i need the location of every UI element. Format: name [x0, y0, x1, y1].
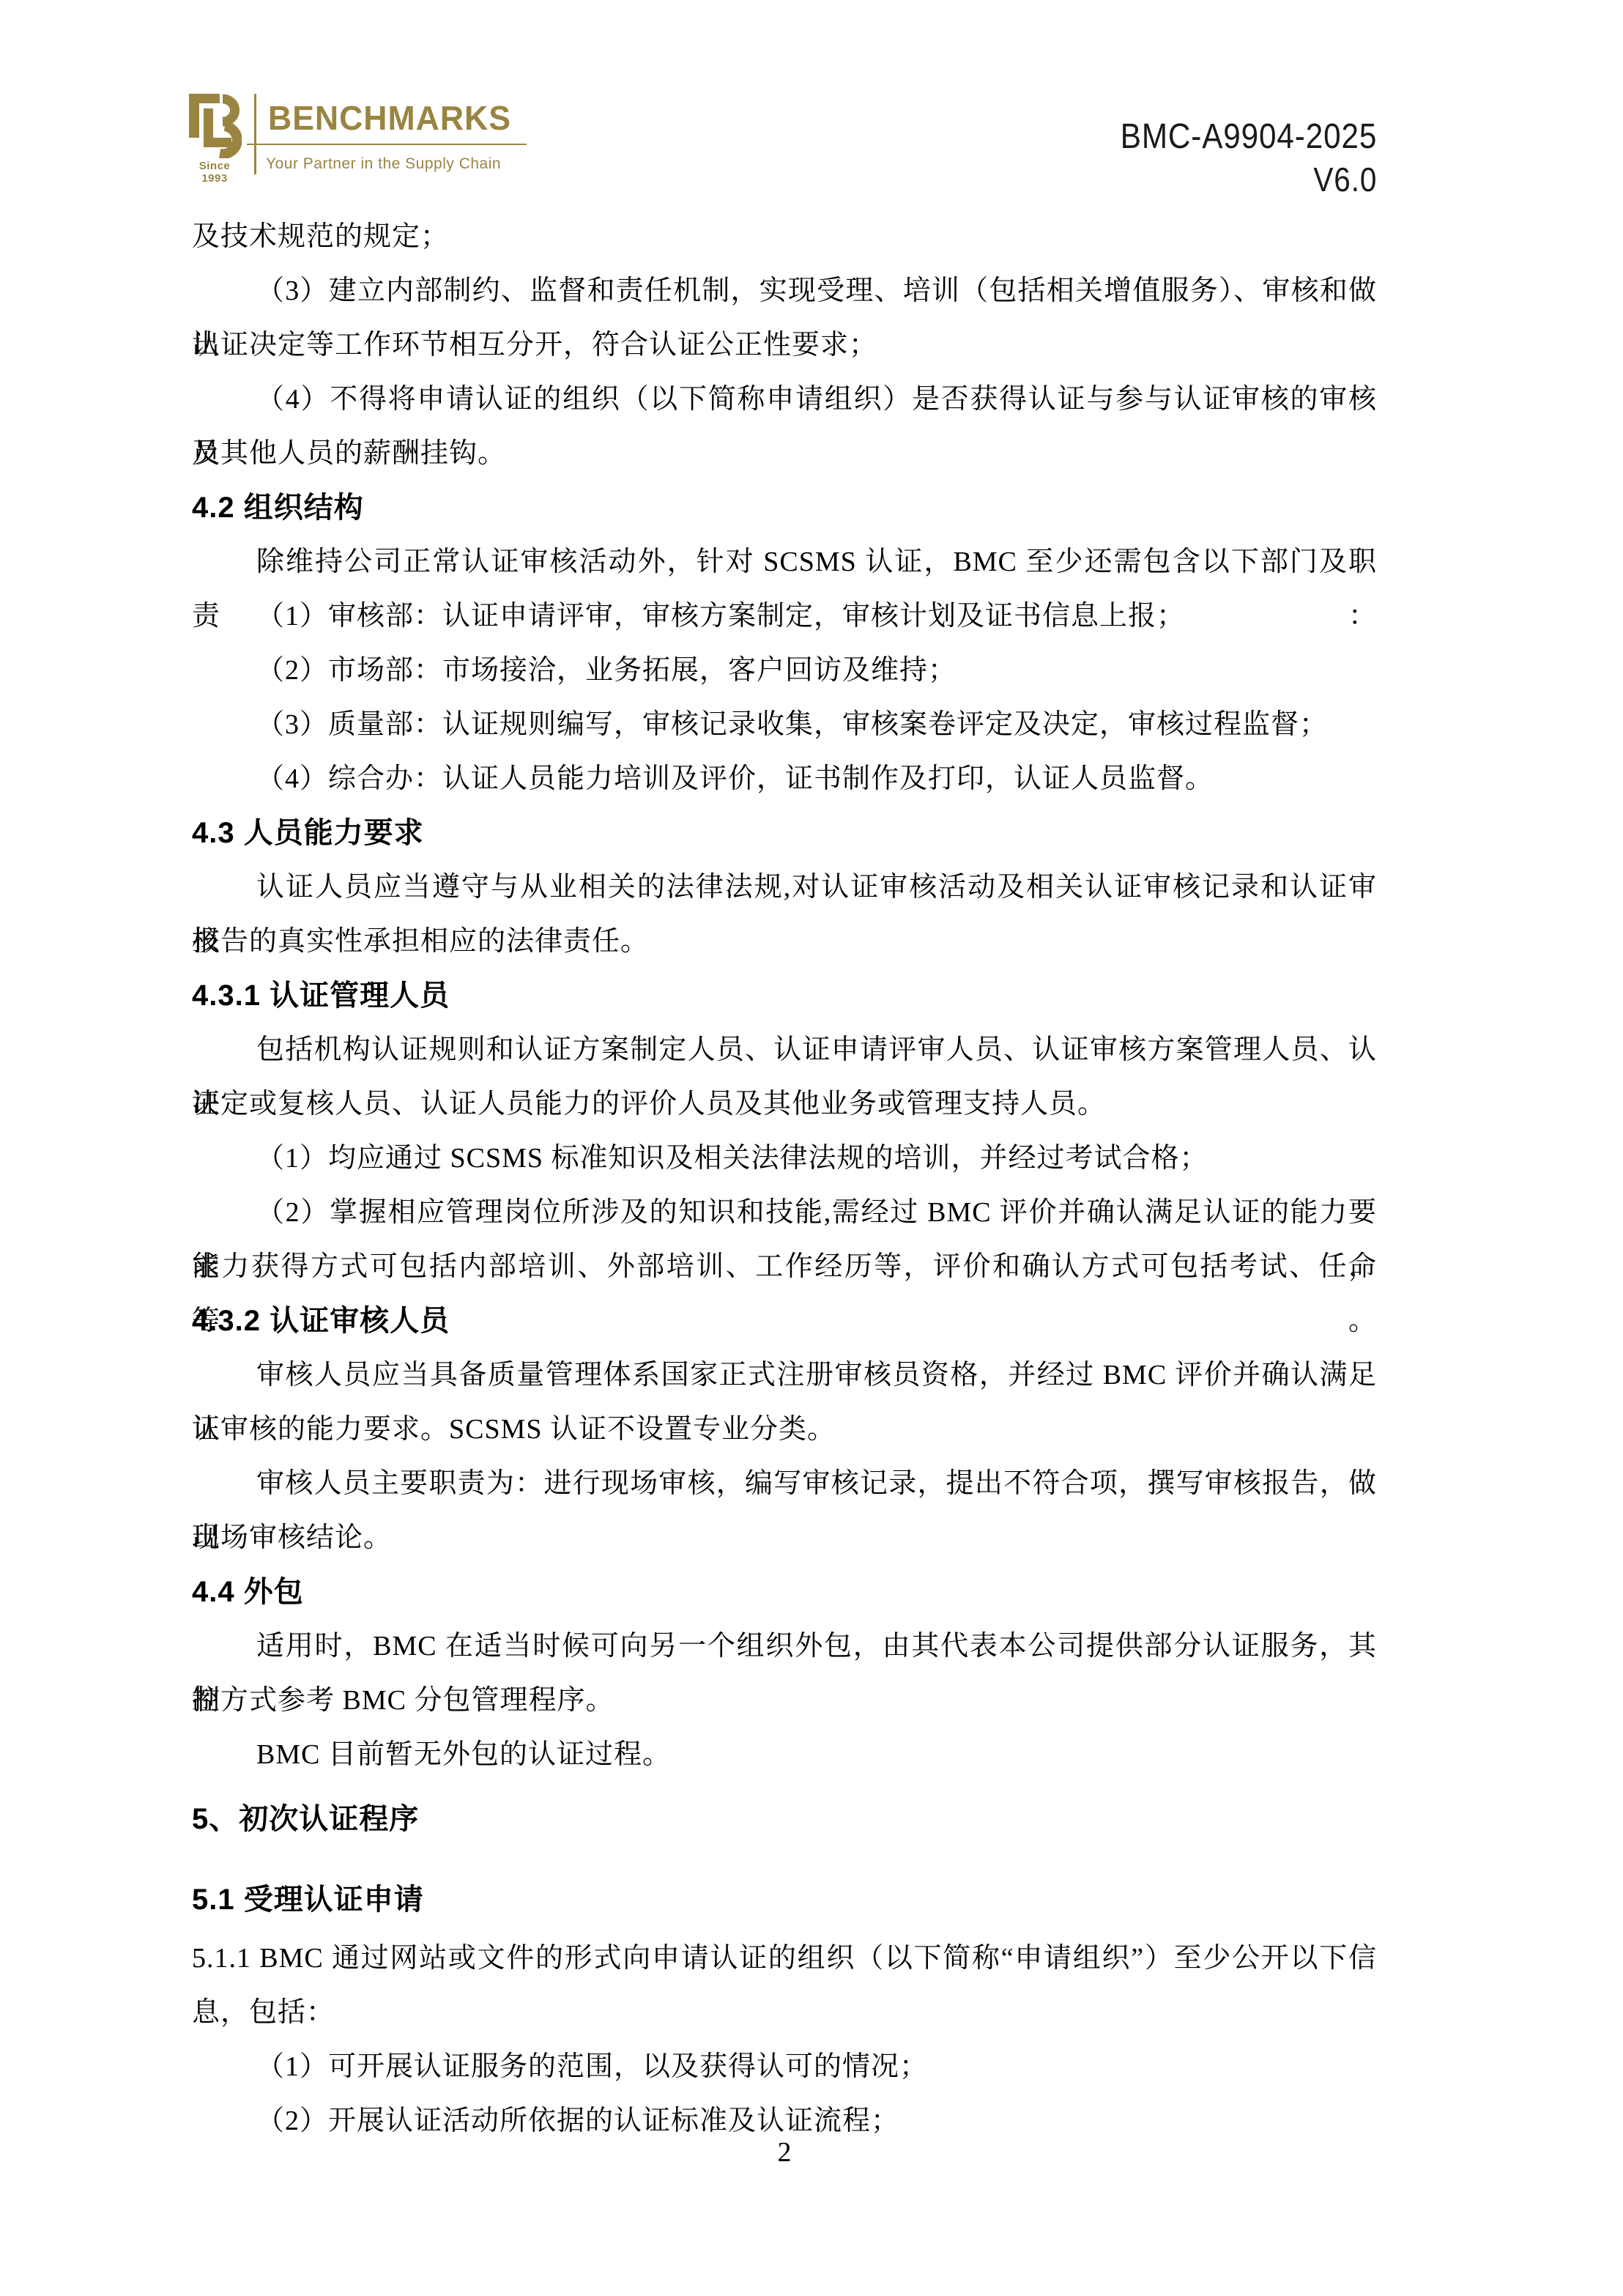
text-line: 包括机构认证规则和认证方案制定人员、认证申请评审人员、认证审核方案管理人员、认证 — [192, 1023, 1377, 1077]
text-line: 除维持公司正常认证审核活动外，针对 SCSMS 认证，BMC 至少还需包含以下部… — [192, 535, 1377, 589]
text-line: 及技术规范的规定； — [192, 210, 1377, 264]
benchmarks-monogram-icon — [189, 94, 242, 158]
text-line: BMC 目前暂无外包的认证过程。 — [192, 1727, 1377, 1782]
text-line: 现场审核结论。 — [192, 1511, 1377, 1565]
text-line: 适用时，BMC 在适当时候可向另一个组织外包，由其代表本公司提供部分认证服务，其… — [192, 1619, 1377, 1673]
text-line: 息，包括： — [192, 1985, 1377, 2040]
section-heading: 4.3.1 认证管理人员 — [192, 969, 1377, 1023]
text-line: （1）均应通过 SCSMS 标准知识及相关法律法规的培训，并经过考试合格； — [192, 1131, 1377, 1185]
text-line: 制方式参考 BMC 分包管理程序。 — [192, 1673, 1377, 1727]
text-line: 决定或复核人员、认证人员能力的评价人员及其他业务或管理支持人员。 — [192, 1077, 1377, 1131]
text-line: （1）可开展认证服务的范围，以及获得认可的情况； — [192, 2040, 1377, 2094]
text-line: （3）建立内部制约、监督和责任机制，实现受理、培训（包括相关增值服务）、审核和做… — [192, 264, 1377, 318]
text-line: 5.1.1 BMC 通过网站或文件的形式向申请认证的组织（以下简称“申请组织”）… — [192, 1931, 1377, 1985]
since-text: Since 1993 — [187, 160, 242, 185]
text-line: （4）综合办：认证人员能力培训及评价，证书制作及打印，认证人员监督。 — [192, 752, 1377, 806]
text-line: （2）市场部：市场接洽，业务拓展，客户回访及维持； — [192, 643, 1377, 697]
logo-divider-horizontal — [247, 144, 527, 145]
page-number: 2 — [192, 2136, 1377, 2169]
text-line: 审核人员应当具备质量管理体系国家正式注册审核员资格，并经过 BMC 评价并确认满… — [192, 1348, 1377, 1402]
text-line: （4）不得将申请认证的组织（以下简称申请组织）是否获得认证与参与认证审核的审核员 — [192, 372, 1377, 426]
section-heading: 5.1 受理认证申请 — [192, 1873, 1377, 1927]
section-heading: 4.3 人员能力要求 — [192, 806, 1377, 860]
section-heading: 4.4 外包 — [192, 1565, 1377, 1619]
section-heading: 4.2 组织结构 — [192, 481, 1377, 535]
document-body: 及技术规范的规定；（3）建立内部制约、监督和责任机制，实现受理、培训（包括相关增… — [192, 210, 1377, 2148]
text-line: 及其他人员的薪酬挂钩。 — [192, 426, 1377, 481]
text-line: 报告的真实性承担相应的法律责任。 — [192, 914, 1377, 969]
section-heading: 5、初次认证程序 — [192, 1792, 1377, 1846]
text-line: （3）质量部：认证规则编写，审核记录收集，审核案卷评定及决定，审核过程监督； — [192, 697, 1377, 752]
text-line: 认证决定等工作环节相互分开，符合认证公正性要求； — [192, 318, 1377, 372]
text-line: 能力获得方式可包括内部培训、外部培训、工作经历等，评价和确认方式可包括考试、任命… — [192, 1240, 1377, 1294]
document-version: V6.0 — [1121, 158, 1377, 201]
logo-divider-vertical — [254, 94, 256, 174]
document-meta: BMC-A9904-2025 V6.0 — [1121, 116, 1377, 201]
brand-tagline: Your Partner in the Supply Chain — [266, 155, 501, 173]
document-page: Since 1993 BENCHMARKS Your Partner in th… — [0, 0, 1623, 2296]
text-line: （2）掌握相应管理岗位所涉及的知识和技能,需经过 BMC 评价并确认满足认证的能… — [192, 1185, 1377, 1240]
benchmarks-logo: Since 1993 BENCHMARKS Your Partner in th… — [187, 91, 539, 186]
text-line: 认证人员应当遵守与从业相关的法律法规,对认证审核活动及相关认证审核记录和认证审核 — [192, 860, 1377, 914]
document-number: BMC-A9904-2025 — [1121, 116, 1377, 158]
brand-name: BENCHMARKS — [268, 98, 511, 138]
text-line: 证审核的能力要求。SCSMS 认证不设置专业分类。 — [192, 1402, 1377, 1456]
text-line: 审核人员主要职责为：进行现场审核，编写审核记录，提出不符合项，撰写审核报告，做出 — [192, 1456, 1377, 1511]
